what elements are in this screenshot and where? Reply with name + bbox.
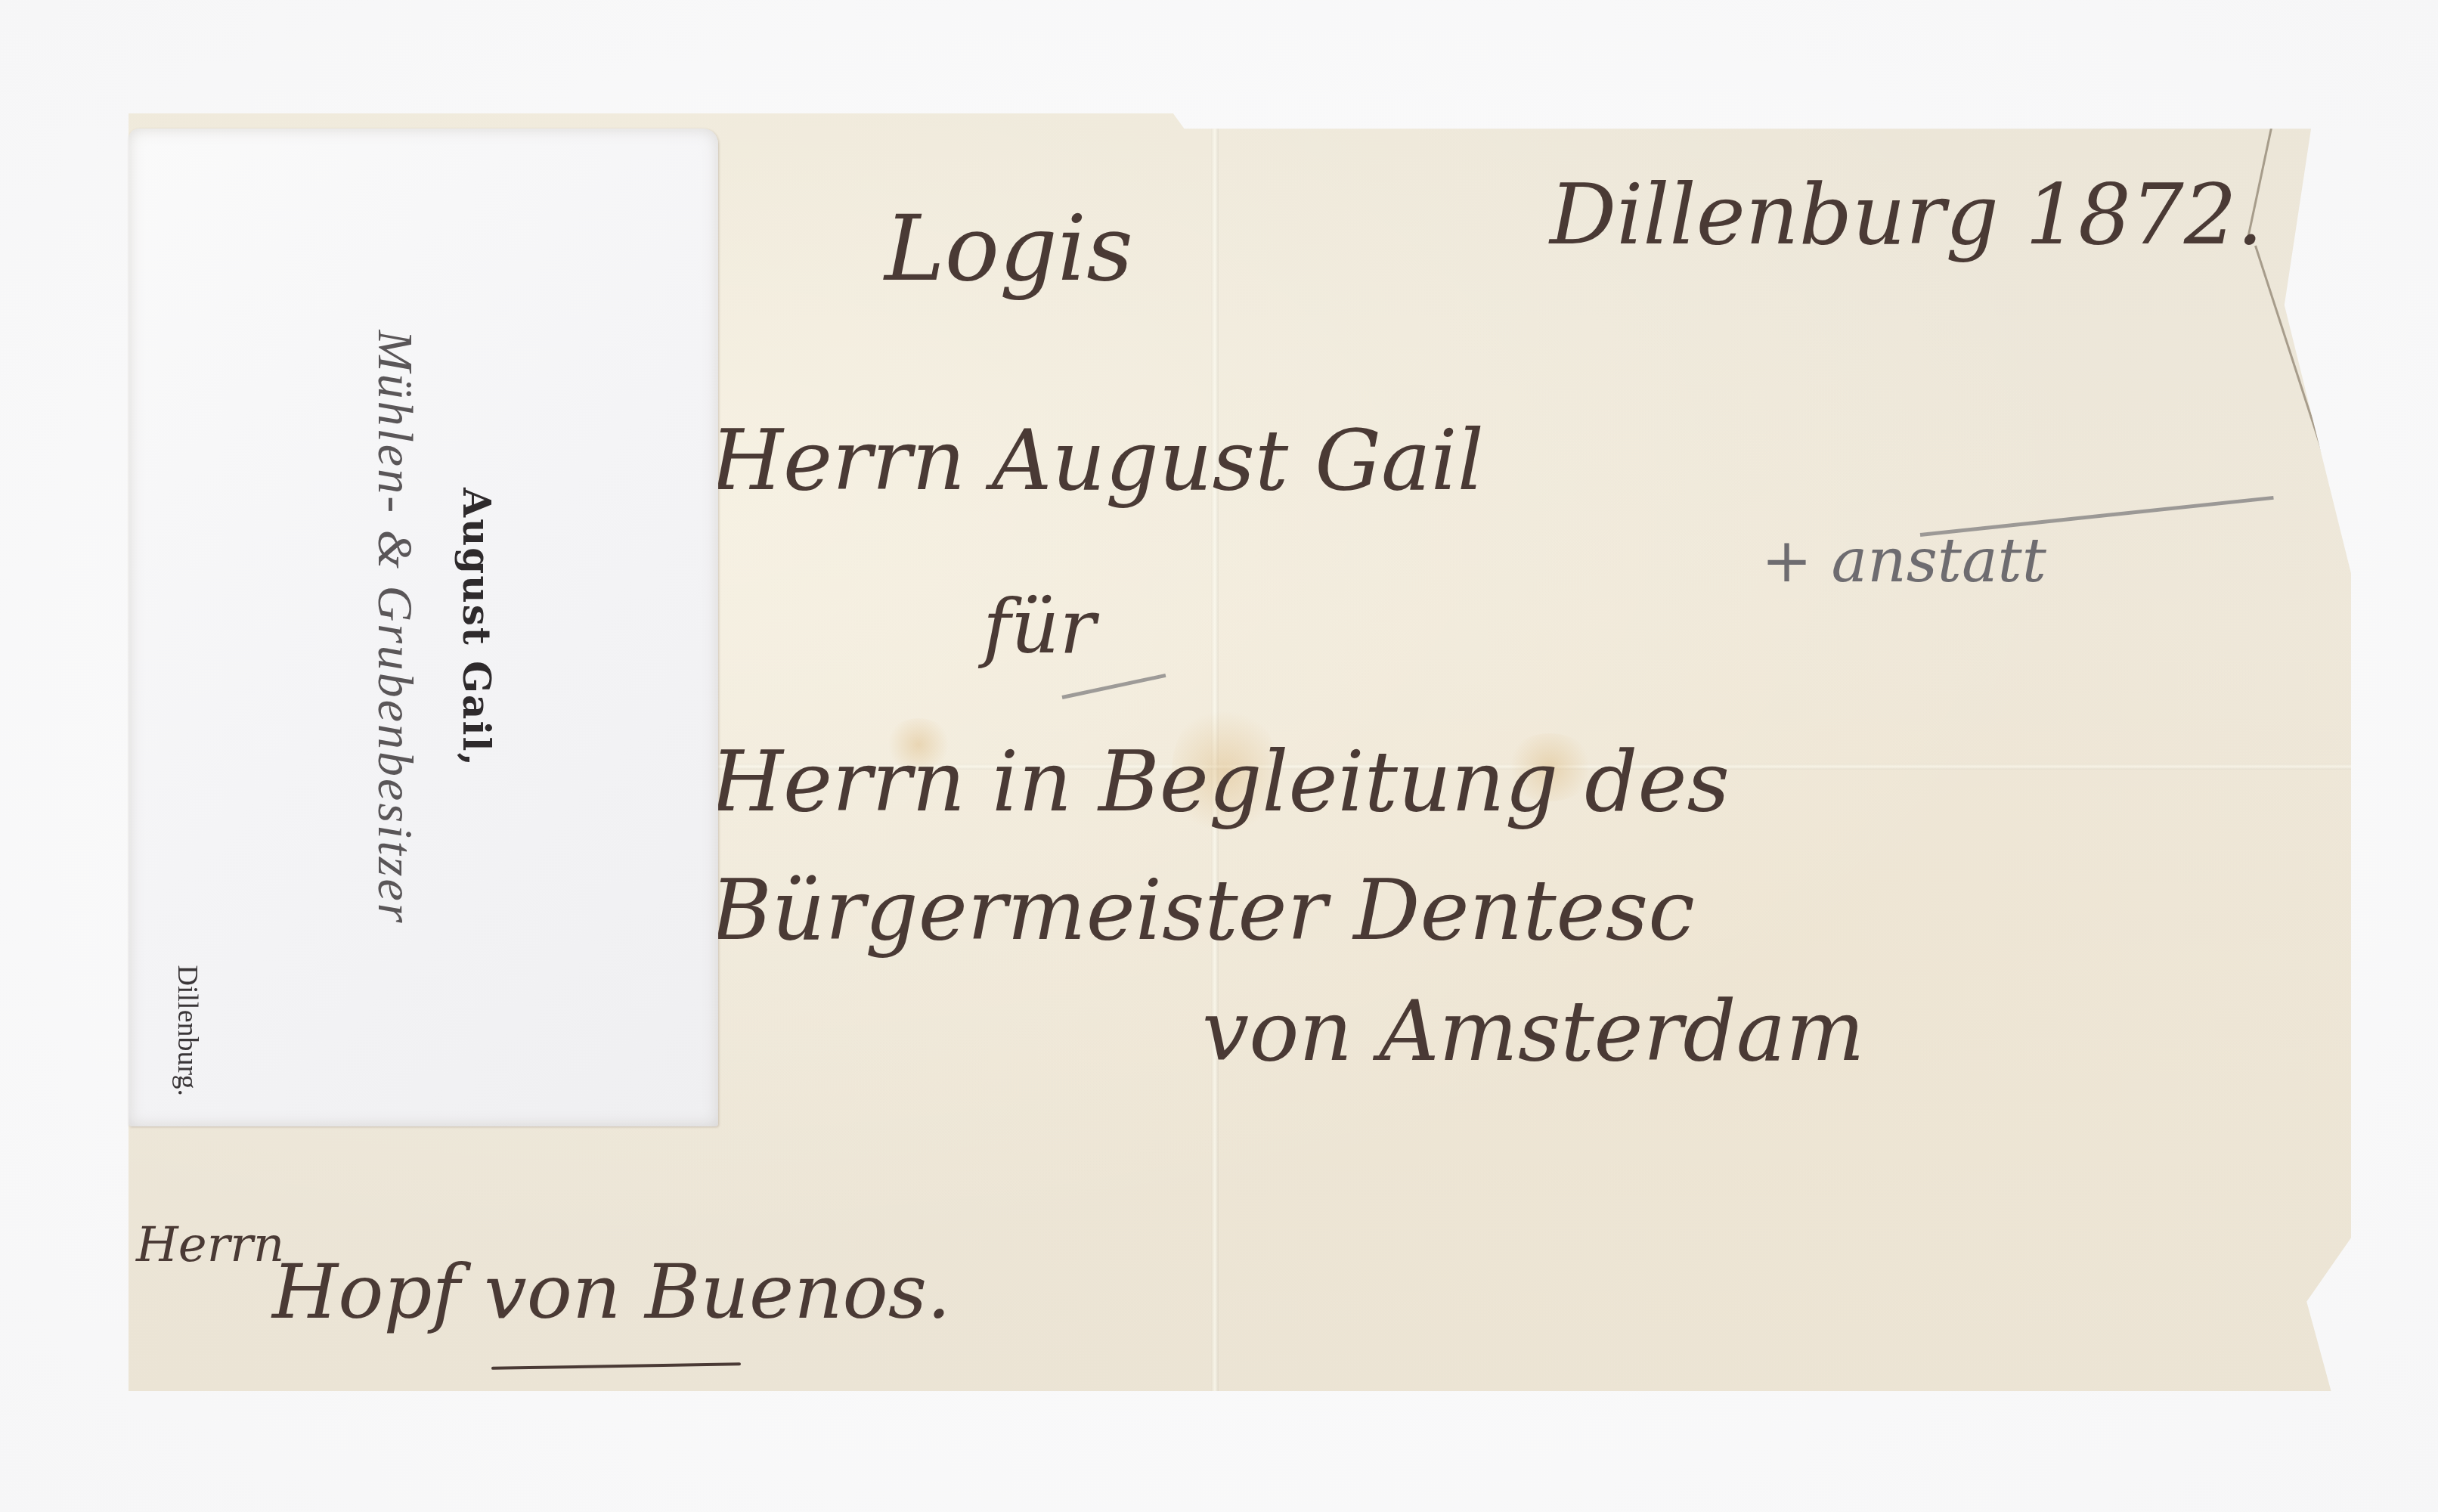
footer-underline — [491, 1362, 741, 1370]
torn-flap-edge — [2254, 246, 2334, 484]
card-trade: Mühlen- & Grubenbesitzer — [366, 129, 423, 1126]
pencil-insert: + anstatt — [1761, 525, 2046, 596]
card-city: Dillenburg. — [171, 965, 204, 1096]
pencil-strike — [1061, 674, 1166, 699]
footer-name: Hopf von Buenos. — [272, 1247, 951, 1336]
place-date: Dillenburg 1872. — [1550, 166, 2263, 263]
footer-prefix: Herrn — [136, 1217, 284, 1273]
card-text-rotated: August Gail, Mühlen- & Grubenbesitzer Di… — [129, 129, 718, 1126]
line-amsterdam: von Amsterdam — [1202, 983, 1865, 1080]
photo-background: Logis Dillenburg 1872. Herrn August Gail… — [0, 0, 2438, 1512]
card-name: August Gail, — [454, 129, 499, 1126]
struck-word: für — [983, 582, 1095, 671]
line-begleitung: Herrn in Begleitung des — [711, 733, 1730, 830]
recipient-line: Herrn August Gail — [711, 412, 1484, 509]
pencil-rule — [1920, 496, 2274, 537]
line-buergermeister: Bürgermeister Dentesc — [711, 862, 1695, 959]
business-card: August Gail, Mühlen- & Grubenbesitzer Di… — [129, 129, 718, 1126]
heading-logis: Logis — [884, 197, 1133, 302]
